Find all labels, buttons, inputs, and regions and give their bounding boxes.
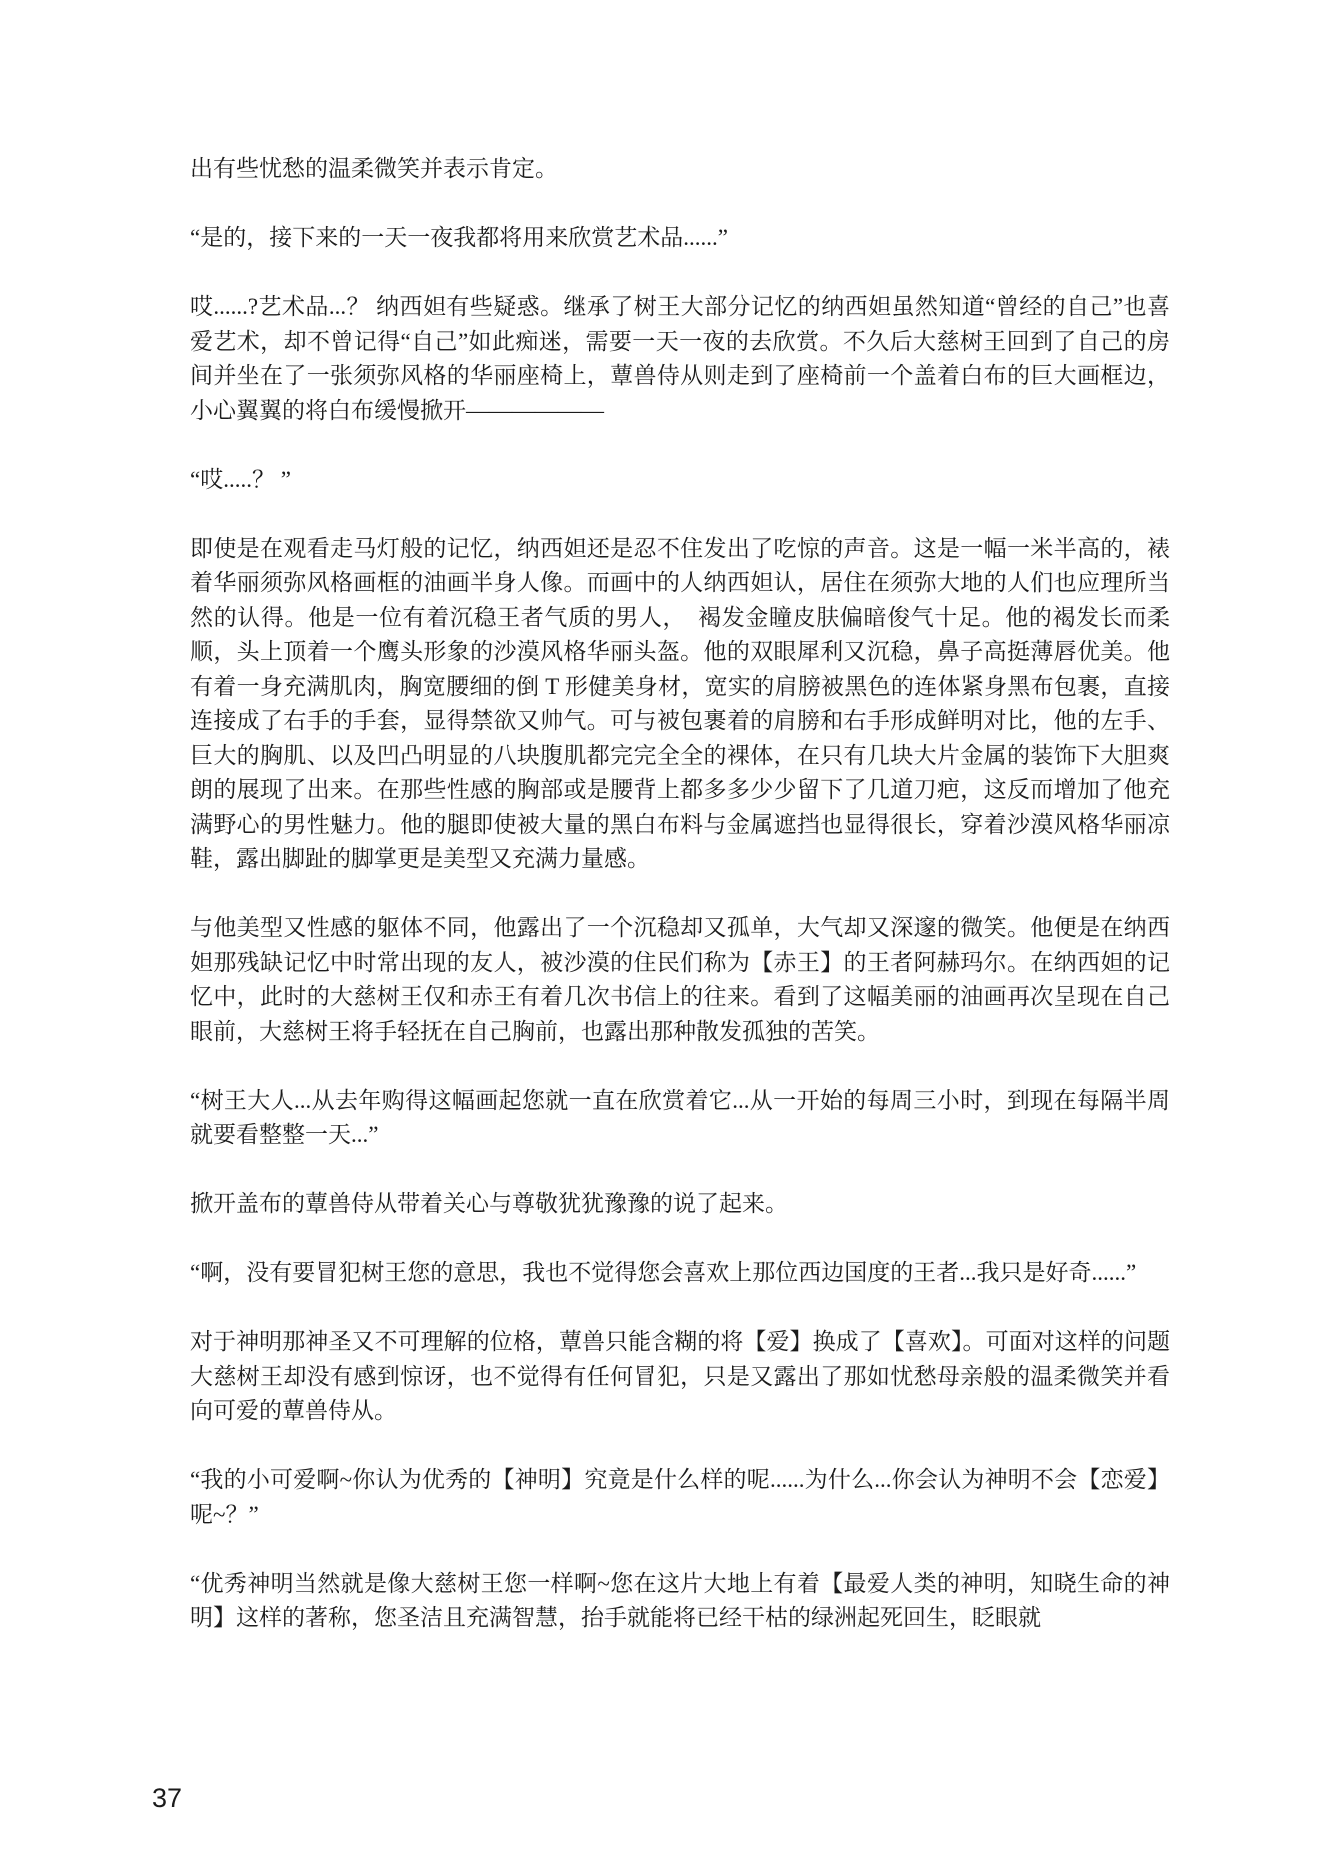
paragraph: 掀开盖布的蕈兽侍从带着关心与尊敬犹犹豫豫的说了起来。 (190, 1187, 1170, 1222)
page-body-text: 出有些忧愁的温柔微笑并表示肯定。 “是的，接下来的一天一夜我都将用来欣赏艺术品.… (190, 152, 1170, 1670)
paragraph-dialogue: “我的小可爱啊~你认为优秀的【神明】究竟是什么样的呢......为什么...你会… (190, 1463, 1170, 1532)
paragraph: 出有些忧愁的温柔微笑并表示肯定。 (190, 152, 1170, 187)
document-page: 出有些忧愁的温柔微笑并表示肯定。 “是的，接下来的一天一夜我都将用来欣赏艺术品.… (0, 0, 1323, 1871)
page-number: 37 (152, 1783, 182, 1814)
paragraph-dialogue: “啊，没有要冒犯树王您的意思，我也不觉得您会喜欢上那位西边国度的王者...我只是… (190, 1256, 1170, 1291)
paragraph-dialogue: “哎.....？ ” (190, 463, 1170, 498)
paragraph: 与他美型又性感的躯体不同，他露出了一个沉稳却又孤单，大气却又深邃的微笑。他便是在… (190, 911, 1170, 1049)
paragraph: 即使是在观看走马灯般的记忆，纳西妲还是忍不住发出了吃惊的声音。这是一幅一米半高的… (190, 532, 1170, 877)
paragraph-dialogue: “优秀神明当然就是像大慈树王您一样啊~您在这片大地上有着【最爱人类的神明，知晓生… (190, 1567, 1170, 1636)
paragraph-dialogue: “树王大人...从去年购得这幅画起您就一直在欣赏着它...从一开始的每周三小时，… (190, 1084, 1170, 1153)
paragraph: 哎......?艺术品...？ 纳西妲有些疑惑。继承了树王大部分记忆的纳西妲虽然… (190, 290, 1170, 428)
paragraph: 对于神明那神圣又不可理解的位格，蕈兽只能含糊的将【爱】换成了【喜欢】。可面对这样… (190, 1325, 1170, 1429)
paragraph-dialogue: “是的，接下来的一天一夜我都将用来欣赏艺术品......” (190, 221, 1170, 256)
